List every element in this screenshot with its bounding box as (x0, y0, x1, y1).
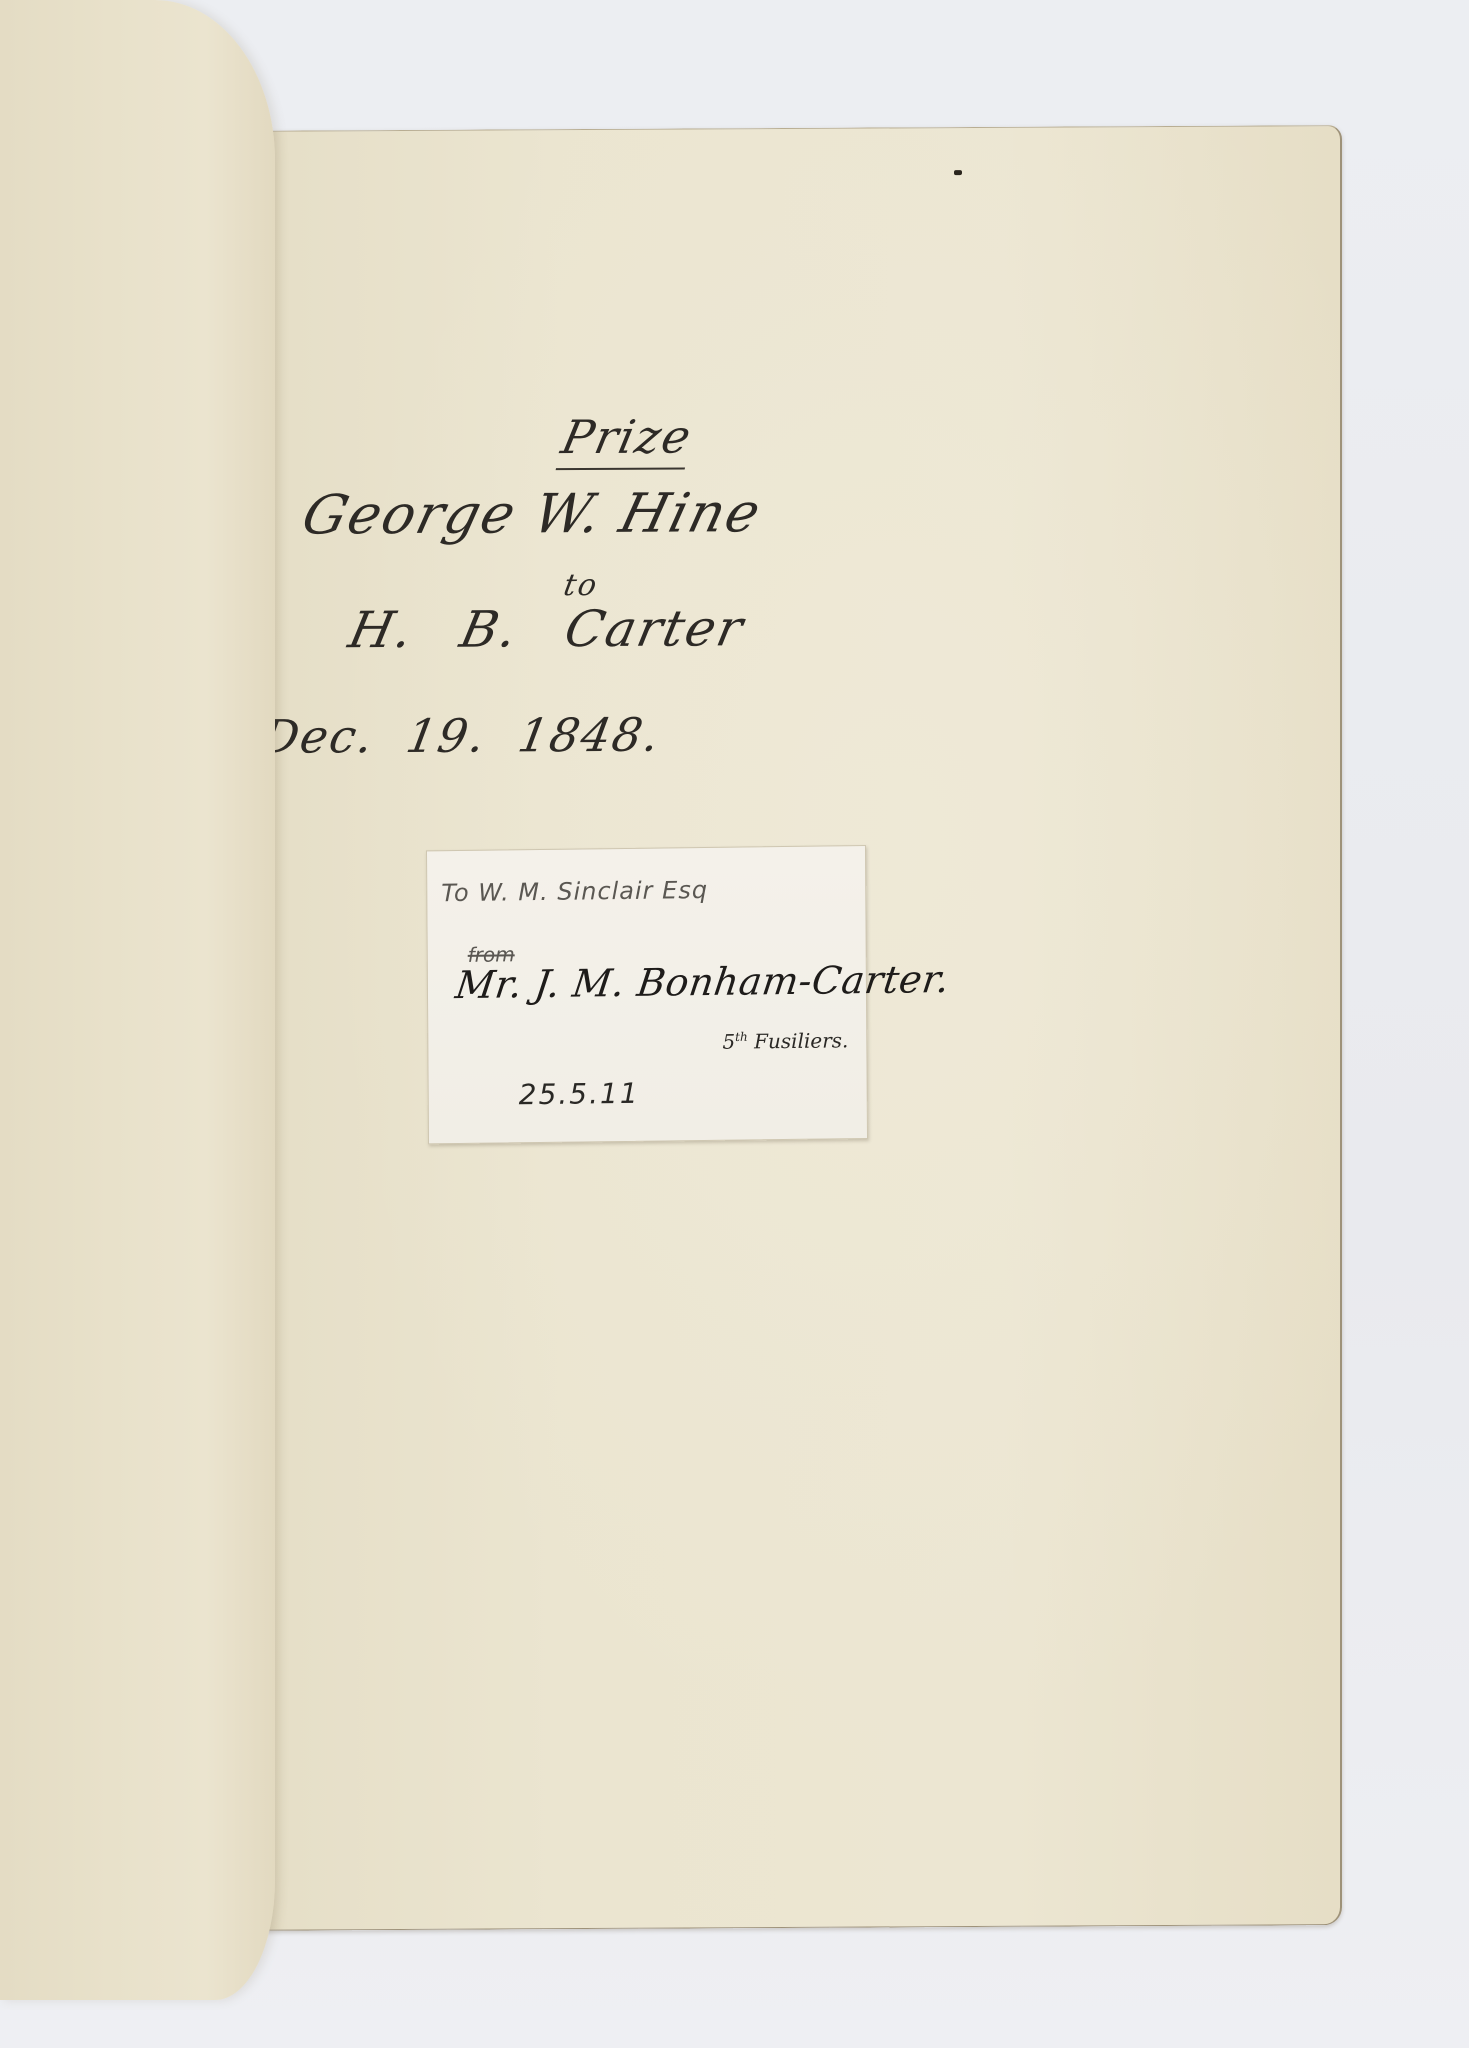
book-photograph: Prize George W. Hine to H. B. Carter Dec… (0, 0, 1469, 2048)
regiment-ordinal: 5 (722, 1030, 735, 1054)
flyleaf-page: Prize George W. Hine to H. B. Carter Dec… (222, 125, 1342, 1931)
inscription-date: Dec. 19. 1848. (257, 708, 665, 764)
card-engraved-name: Mr. J. M. Bonham-Carter. (453, 957, 952, 1007)
card-pencil-to: To W. M. Sinclair Esq (441, 876, 708, 907)
card-regiment: 5th Fusiliers. (722, 1028, 848, 1054)
inscription-heading: Prize (556, 409, 698, 470)
calling-card: To W. M. Sinclair Esq from Mr. J. M. Bon… (426, 845, 868, 1144)
ink-speck (954, 170, 962, 175)
regiment-name: Fusiliers. (754, 1028, 848, 1053)
card-date: 25.5.11 (519, 1077, 640, 1111)
regiment-suffix: th (735, 1030, 748, 1044)
left-page (0, 0, 275, 2000)
inscription-signer: George W. Hine (296, 481, 768, 546)
inscription-to: to (561, 568, 601, 603)
inscription-recipient: H. B. Carter (344, 599, 750, 659)
